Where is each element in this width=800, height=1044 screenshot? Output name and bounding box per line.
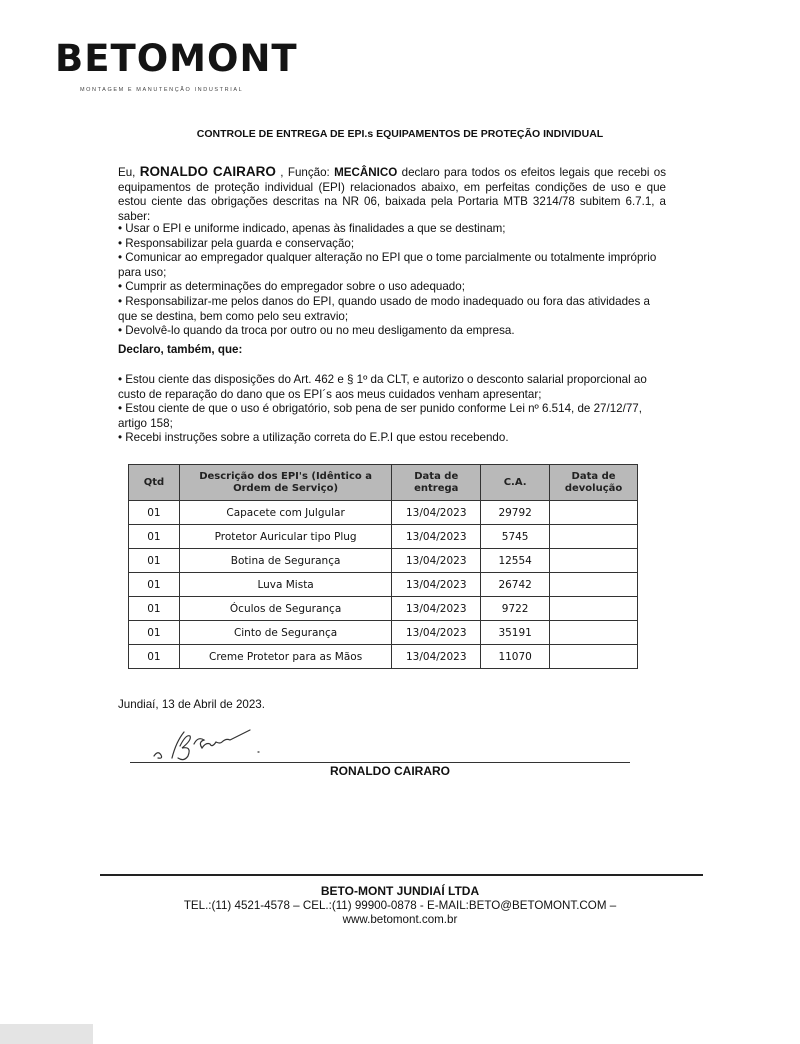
obligation-item: • Devolvê-lo quando da troca por outro o… <box>118 324 666 339</box>
table-row: 01Capacete com Julgular13/04/202329792 <box>129 501 638 525</box>
cell-descricao: Cinto de Segurança <box>179 621 391 645</box>
cell-ca: 29792 <box>481 501 550 525</box>
declaration-item: • Recebi instruções sobre a utilização c… <box>118 431 666 446</box>
obligation-item: • Responsabilizar pela guarda e conserva… <box>118 237 666 252</box>
footer-company: BETO-MONT JUNDIAÍ LTDA <box>0 884 800 898</box>
logo-subtitle: MONTAGEM E MANUTENÇÃO INDUSTRIAL <box>80 87 243 93</box>
cell-descricao: Botina de Segurança <box>179 549 391 573</box>
obligation-item: • Usar o EPI e uniforme indicado, apenas… <box>118 222 666 237</box>
cell-data-entrega: 13/04/2023 <box>392 645 481 669</box>
intro-prefix: Eu, <box>118 166 140 179</box>
intro-paragraph: Eu, RONALDO CAIRARO , Função: MECÂNICO d… <box>118 165 666 224</box>
table-row: 01Luva Mista13/04/202326742 <box>129 573 638 597</box>
footer-divider <box>100 874 703 876</box>
cell-data-devolucao <box>550 597 638 621</box>
cell-data-entrega: 13/04/2023 <box>392 573 481 597</box>
header-qtd: Qtd <box>129 465 180 501</box>
cell-ca: 12554 <box>481 549 550 573</box>
declaration-item: • Estou ciente de que o uso é obrigatóri… <box>118 402 666 431</box>
obligation-item: • Responsabilizar-me pelos danos do EPI,… <box>118 295 666 324</box>
header-data-entrega: Data de entrega <box>392 465 481 501</box>
header-descricao: Descrição dos EPI's (Idêntico a Ordem de… <box>179 465 391 501</box>
cell-descricao: Capacete com Julgular <box>179 501 391 525</box>
handwritten-signature <box>150 722 300 764</box>
footer-contact: TEL.:(11) 4521-4578 – CEL.:(11) 99900-08… <box>0 899 800 912</box>
declaration-list: • Estou ciente das disposições do Art. 4… <box>118 373 666 446</box>
obligations-list: • Usar o EPI e uniforme indicado, apenas… <box>118 222 666 339</box>
function-value: MECÂNICO <box>334 166 397 179</box>
declaration-heading: Declaro, também, que: <box>118 343 242 356</box>
declaration-item: • Estou ciente das disposições do Art. 4… <box>118 373 666 402</box>
cell-ca: 26742 <box>481 573 550 597</box>
table-row: 01Protetor Auricular tipo Plug13/04/2023… <box>129 525 638 549</box>
footer-website: www.betomont.com.br <box>0 913 800 926</box>
cell-data-entrega: 13/04/2023 <box>392 597 481 621</box>
table-row: 01Cinto de Segurança13/04/202335191 <box>129 621 638 645</box>
cell-data-devolucao <box>550 549 638 573</box>
cell-ca: 11070 <box>481 645 550 669</box>
obligation-item: • Comunicar ao empregador qualquer alter… <box>118 251 666 280</box>
obligation-item: • Cumprir as determinações do empregador… <box>118 280 666 295</box>
cell-qtd: 01 <box>129 549 180 573</box>
function-label: , Função: <box>276 166 334 179</box>
document-title: CONTROLE DE ENTREGA DE EPI.s EQUIPAMENTO… <box>0 128 800 140</box>
cell-ca: 5745 <box>481 525 550 549</box>
table-row: 01Óculos de Segurança13/04/20239722 <box>129 597 638 621</box>
signature-line <box>130 762 630 763</box>
cell-data-devolucao <box>550 525 638 549</box>
place-date: Jundiaí, 13 de Abril de 2023. <box>118 698 265 711</box>
cell-descricao: Creme Protetor para as Mãos <box>179 645 391 669</box>
header-ca: C.A. <box>481 465 550 501</box>
table-header-row: Qtd Descrição dos EPI's (Idêntico a Orde… <box>129 465 638 501</box>
cell-qtd: 01 <box>129 645 180 669</box>
cell-qtd: 01 <box>129 621 180 645</box>
cell-descricao: Protetor Auricular tipo Plug <box>179 525 391 549</box>
employee-name: RONALDO CAIRARO <box>140 164 276 179</box>
cell-ca: 9722 <box>481 597 550 621</box>
signer-name: RONALDO CAIRARO <box>0 764 780 778</box>
cell-data-entrega: 13/04/2023 <box>392 549 481 573</box>
cell-qtd: 01 <box>129 501 180 525</box>
cell-data-entrega: 13/04/2023 <box>392 501 481 525</box>
cell-ca: 35191 <box>481 621 550 645</box>
cell-data-entrega: 13/04/2023 <box>392 525 481 549</box>
cell-data-devolucao <box>550 573 638 597</box>
cell-descricao: Luva Mista <box>179 573 391 597</box>
company-logo: BETOMONT <box>55 40 298 77</box>
cell-qtd: 01 <box>129 525 180 549</box>
cell-qtd: 01 <box>129 597 180 621</box>
cell-data-devolucao <box>550 621 638 645</box>
header-data-devolucao: Data de devolução <box>550 465 638 501</box>
cell-data-devolucao <box>550 501 638 525</box>
epi-table: Qtd Descrição dos EPI's (Idêntico a Orde… <box>128 464 638 669</box>
scan-corner-shade <box>0 1024 93 1044</box>
cell-qtd: 01 <box>129 573 180 597</box>
table-row: 01Creme Protetor para as Mãos13/04/20231… <box>129 645 638 669</box>
cell-data-entrega: 13/04/2023 <box>392 621 481 645</box>
cell-descricao: Óculos de Segurança <box>179 597 391 621</box>
table-row: 01Botina de Segurança13/04/202312554 <box>129 549 638 573</box>
cell-data-devolucao <box>550 645 638 669</box>
